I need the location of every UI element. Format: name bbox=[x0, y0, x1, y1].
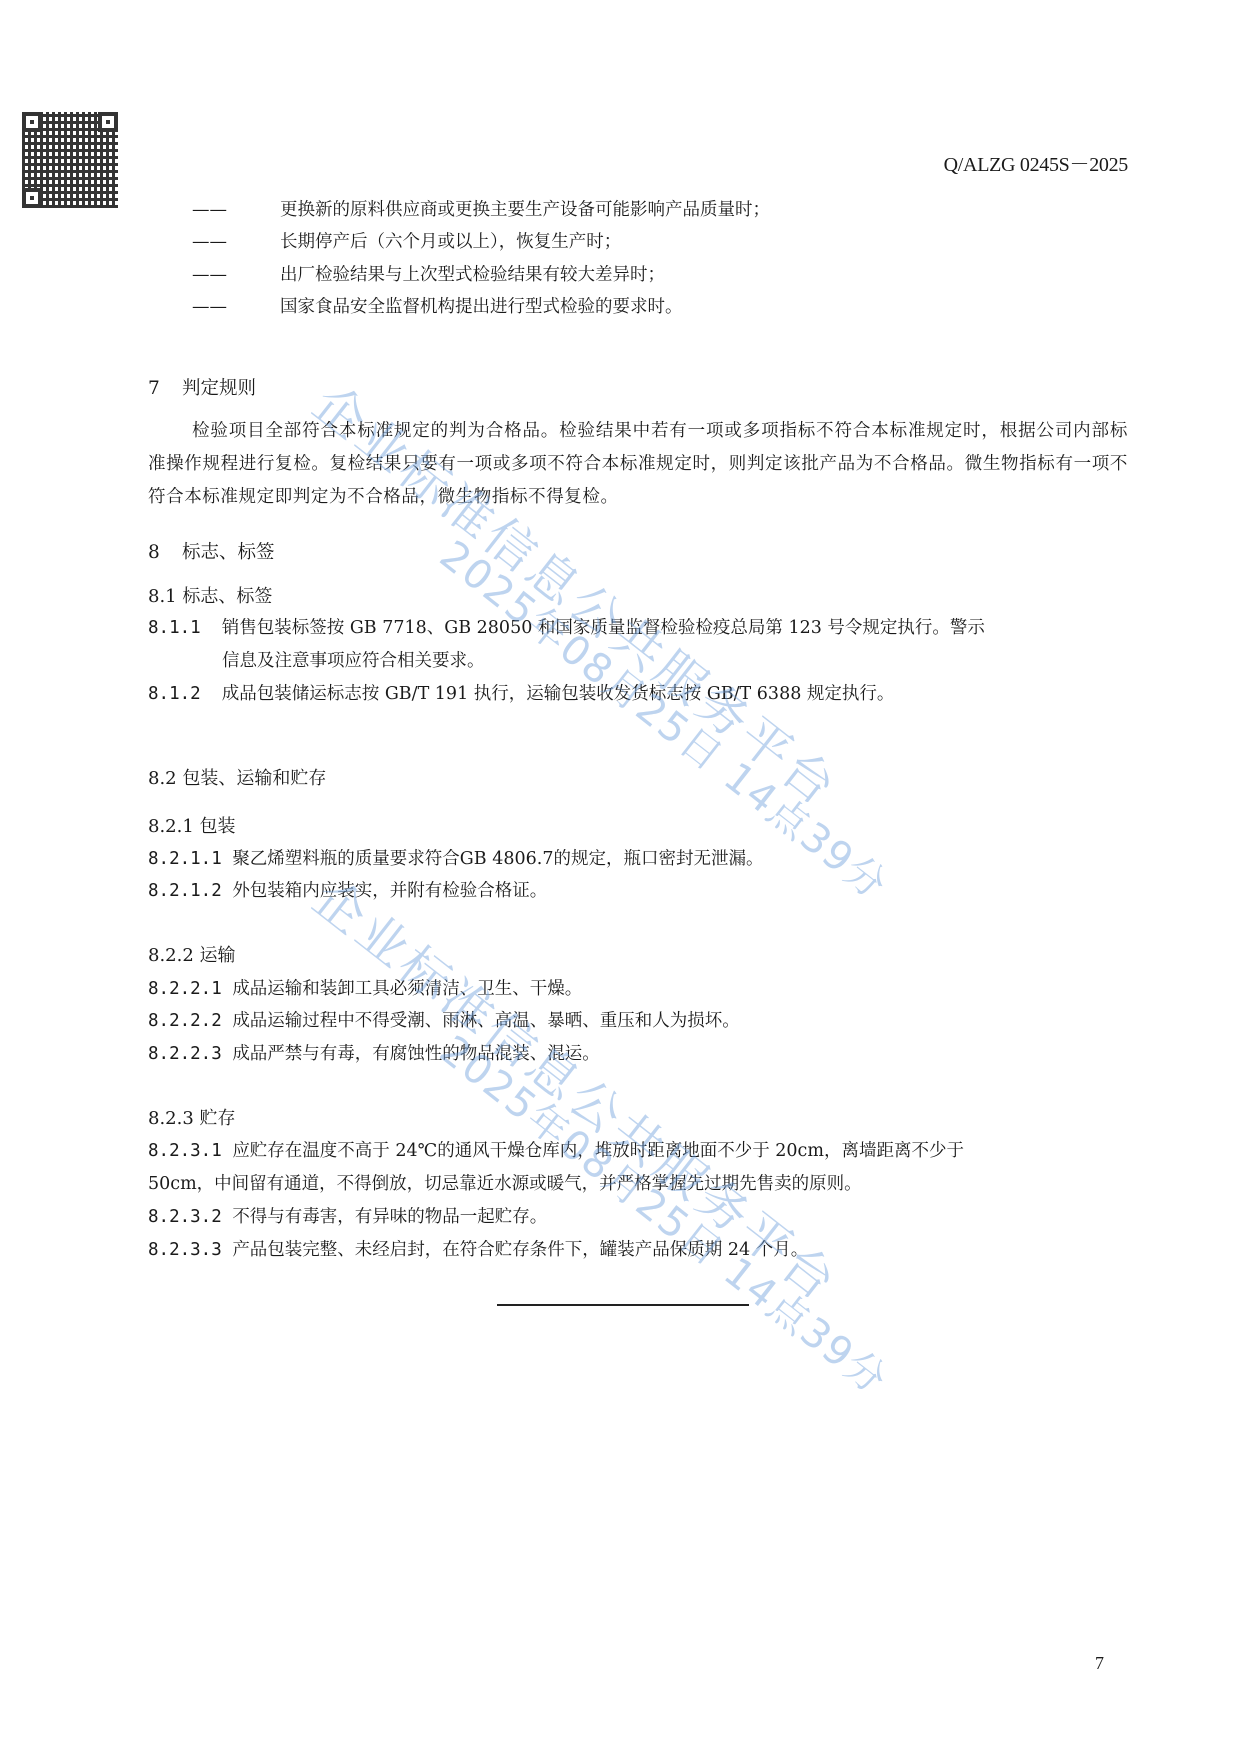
qr-code-icon bbox=[22, 112, 118, 208]
clause-8-1-1-continuation: 信息及注意事项应符合相关要求。 bbox=[222, 647, 485, 672]
section-number: 7 bbox=[148, 378, 182, 399]
list-item-text: 长期停产后（六个月或以上），恢复生产时； bbox=[280, 232, 621, 252]
dash-bullet: —— bbox=[192, 265, 280, 285]
dash-bullet: —— bbox=[192, 200, 280, 220]
list-item-text: 出厂检验结果与上次型式检验结果有较大差异时； bbox=[280, 265, 665, 285]
clause-number: 8.1.1 bbox=[148, 618, 201, 638]
section-7-paragraph: 检验项目全部符合本标准规定的判为合格品。检验结果中若有一项或多项指标不符合本标准… bbox=[148, 415, 1128, 514]
clause-8-2-3-2: 8.2.3.2 不得与有毒害，有异味的物品一起贮存。 bbox=[148, 1203, 547, 1228]
document-code: Q/ALZG 0245S－2025 bbox=[944, 148, 1128, 177]
clause-8-1-2: 8.1.2 成品包装储运标志按 GB/T 191 执行，运输包装收发货标志按 G… bbox=[148, 680, 894, 705]
section-heading-7: 7判定规则 bbox=[148, 374, 256, 400]
subsection-heading-8-2-2: 8.2.2 运输 bbox=[148, 941, 236, 967]
clause-number: 8.2.2.3 bbox=[148, 1044, 222, 1064]
qr-finder-pattern bbox=[98, 112, 118, 132]
clause-number: 8.2.1.2 bbox=[148, 881, 222, 901]
list-item: ——更换新的原料供应商或更换主要生产设备可能影响产品质量时； bbox=[192, 196, 770, 221]
clause-text: 销售包装标签按 GB 7718、GB 28050 和国家质量监督检验检疫总局第 … bbox=[222, 618, 985, 638]
dash-bullet: —— bbox=[192, 297, 280, 317]
clause-8-2-1-1: 8.2.1.1 聚乙烯塑料瓶的质量要求符合GB 4806.7的规定，瓶口密封无泄… bbox=[148, 845, 763, 870]
clause-text: 聚乙烯塑料瓶的质量要求符合GB 4806.7的规定，瓶口密封无泄漏。 bbox=[232, 849, 763, 869]
clause-8-2-2-2: 8.2.2.2 成品运输过程中不得受潮、雨淋、高温、暴晒、重压和人为损坏。 bbox=[148, 1007, 740, 1032]
clause-number: 8.2.2.1 bbox=[148, 979, 222, 999]
list-item-text: 国家食品安全监督机构提出进行型式检验的要求时。 bbox=[280, 297, 683, 317]
clause-text: 成品运输过程中不得受潮、雨淋、高温、暴晒、重压和人为损坏。 bbox=[232, 1011, 740, 1031]
clause-8-2-3-1-continuation: 50cm，中间留有通道，不得倒放，切忌靠近水源或暖气，并严格掌握先过期先售卖的原… bbox=[148, 1170, 862, 1195]
page-number: 7 bbox=[1095, 1653, 1104, 1674]
qr-finder-pattern bbox=[22, 112, 42, 132]
clause-number: 8.2.3.2 bbox=[148, 1207, 222, 1227]
subsection-heading-8-2-1: 8.2.1 包装 bbox=[148, 812, 236, 838]
clause-text: 产品包装完整、未经启封，在符合贮存条件下，罐装产品保质期 24 个月。 bbox=[232, 1240, 808, 1260]
clause-number: 8.2.3.3 bbox=[148, 1240, 222, 1260]
section-number: 8 bbox=[148, 542, 182, 563]
subsection-heading-8-1: 8.1 标志、标签 bbox=[148, 582, 272, 608]
clause-number: 8.2.3.1 bbox=[148, 1141, 222, 1161]
clause-text: 不得与有毒害，有异味的物品一起贮存。 bbox=[232, 1207, 547, 1227]
clause-8-2-3-3: 8.2.3.3 产品包装完整、未经启封，在符合贮存条件下，罐装产品保质期 24 … bbox=[148, 1236, 808, 1261]
clause-8-1-1: 8.1.1 销售包装标签按 GB 7718、GB 28050 和国家质量监督检验… bbox=[148, 614, 985, 639]
clause-8-2-2-3: 8.2.2.3 成品严禁与有毒，有腐蚀性的物品混装、混运。 bbox=[148, 1040, 600, 1065]
clause-text: 外包装箱内应装实，并附有检验合格证。 bbox=[232, 881, 547, 901]
clause-text: 50cm，中间留有通道，不得倒放，切忌靠近水源或暖气，并严格掌握先过期先售卖的原… bbox=[148, 1174, 862, 1194]
subsection-heading-8-2: 8.2 包装、运输和贮存 bbox=[148, 764, 326, 790]
section-heading-8: 8标志、标签 bbox=[148, 538, 275, 564]
clause-number: 8.2.2.2 bbox=[148, 1011, 222, 1031]
clause-number: 8.1.2 bbox=[148, 684, 201, 704]
subsection-heading-8-2-3: 8.2.3 贮存 bbox=[148, 1104, 236, 1130]
list-item: ——长期停产后（六个月或以上），恢复生产时； bbox=[192, 228, 621, 253]
dash-bullet: —— bbox=[192, 232, 280, 252]
clause-8-2-3-1: 8.2.3.1 应贮存在温度不高于 24℃的通风干燥仓库内，堆放时距离地面不少于… bbox=[148, 1137, 964, 1162]
section-title: 标志、标签 bbox=[182, 542, 275, 563]
qr-finder-pattern bbox=[22, 188, 42, 208]
section-title: 判定规则 bbox=[182, 378, 256, 399]
clause-text: 信息及注意事项应符合相关要求。 bbox=[222, 651, 485, 671]
clause-text: 成品包装储运标志按 GB/T 191 执行，运输包装收发货标志按 GB/T 63… bbox=[222, 684, 895, 704]
clause-text: 成品运输和装卸工具必须清洁、卫生、干燥。 bbox=[232, 979, 582, 999]
list-item: ——国家食品安全监督机构提出进行型式检验的要求时。 bbox=[192, 293, 683, 318]
list-item-text: 更换新的原料供应商或更换主要生产设备可能影响产品质量时； bbox=[280, 200, 770, 220]
end-of-document-rule bbox=[497, 1304, 749, 1306]
clause-number: 8.2.1.1 bbox=[148, 849, 222, 869]
clause-8-2-2-1: 8.2.2.1 成品运输和装卸工具必须清洁、卫生、干燥。 bbox=[148, 975, 582, 1000]
list-item: ——出厂检验结果与上次型式检验结果有较大差异时； bbox=[192, 261, 665, 286]
clause-8-2-1-2: 8.2.1.2 外包装箱内应装实，并附有检验合格证。 bbox=[148, 877, 547, 902]
clause-text: 成品严禁与有毒，有腐蚀性的物品混装、混运。 bbox=[232, 1044, 600, 1064]
clause-text: 应贮存在温度不高于 24℃的通风干燥仓库内，堆放时距离地面不少于 20cm，离墙… bbox=[232, 1141, 964, 1161]
